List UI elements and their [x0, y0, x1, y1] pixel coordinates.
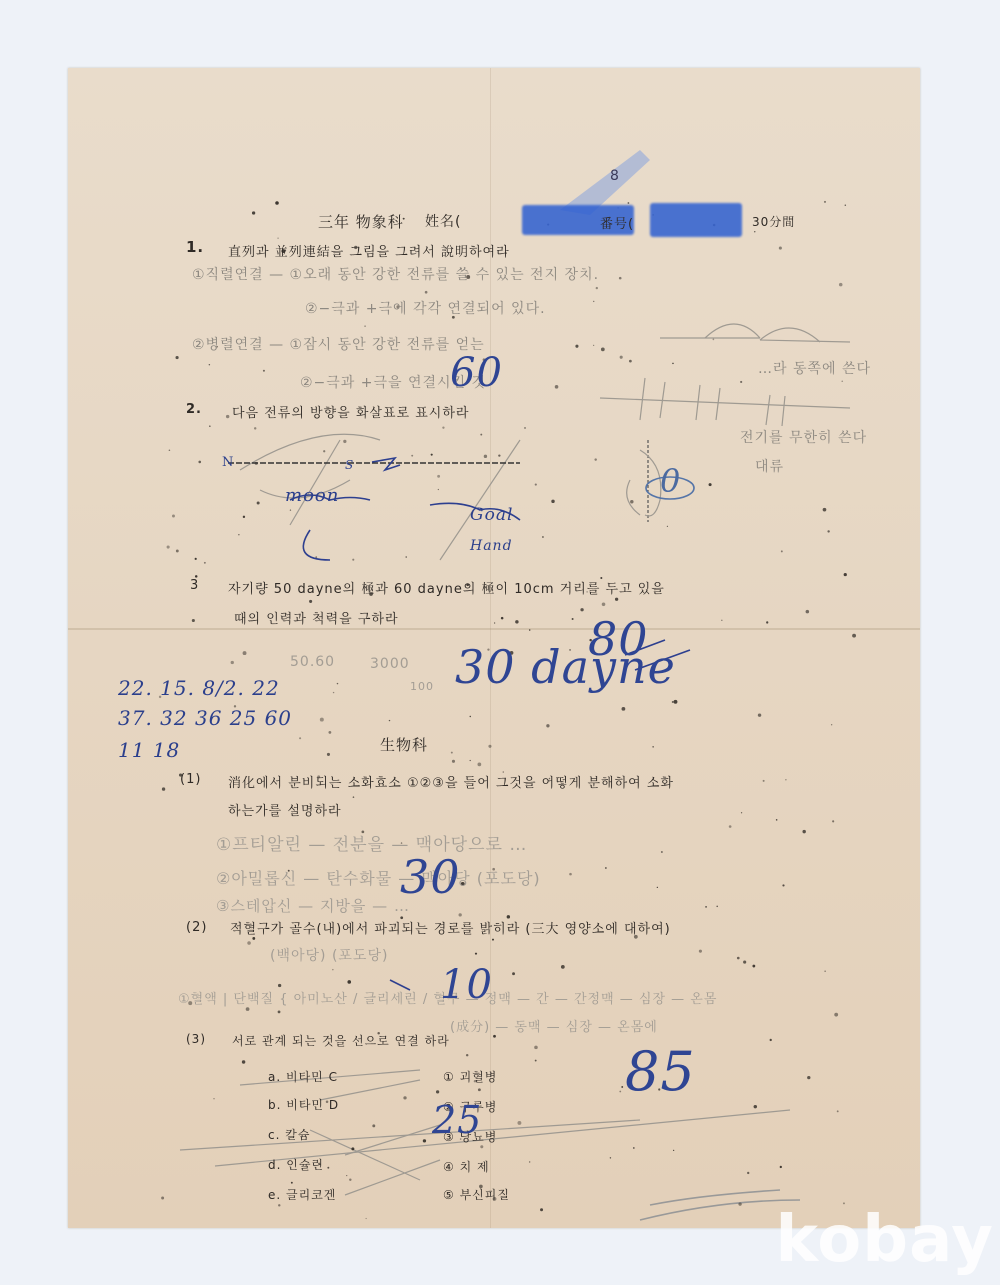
- bio-q3-prompt: 서로 관계 되는 것을 선으로 연결 하라: [232, 1032, 450, 1049]
- bio-q2-number: (2): [186, 920, 207, 935]
- match-left-b: b. 비타민 D: [268, 1096, 339, 1113]
- q1-answer-3: ②병렬연결 — ①잠시 동안 강한 전류를 얻는: [192, 334, 485, 354]
- bio-q3-grade: 25: [432, 1098, 482, 1142]
- biology-total-grade: 85: [625, 1040, 696, 1103]
- margin-scores-line3: 11 18: [118, 738, 180, 762]
- bio-q2-answer-3: (成分) — 동맥 — 심장 — 온몸에: [450, 1016, 658, 1035]
- bio-q2-answer-1: (백아당) (포도당): [270, 945, 388, 965]
- top-mark: 8: [610, 168, 620, 184]
- q1-grade: 60: [450, 350, 503, 396]
- q2-label-n: N: [222, 455, 234, 470]
- watermark-logo: kobay: [775, 1203, 994, 1277]
- q1-prompt: 直列과 並列連結을 그림을 그려서 說明하여라: [228, 241, 510, 260]
- q2-grade: 0: [660, 462, 681, 500]
- q1-answer-2: ②−극과 +극에 각각 연결되어 있다.: [305, 298, 546, 318]
- bio-q1-answer-1: ①프티알린 — 전분을 — 맥아당으로 …: [216, 830, 527, 855]
- q1-side-note-3: 대류: [755, 456, 784, 476]
- q1-answer-1: ①직렬연결 — ①오래 동안 강한 전류를 쓸 수 있는 전지 장치.: [192, 264, 599, 284]
- q2-number: 2.: [186, 402, 202, 417]
- biology-section-title: 生物科: [380, 734, 428, 755]
- margin-scores-line2: 37. 32 36 25 60: [118, 706, 292, 730]
- match-left-d: d. 인슐린: [268, 1156, 324, 1173]
- bio-q1-answer-2: ②아밀롭신 — 탄수화물 — 맥아당 (포도당): [216, 866, 541, 889]
- q3-number: 3: [190, 578, 199, 593]
- exam-title: 三年 物象科: [318, 211, 404, 232]
- number-label: 番号(: [600, 213, 634, 232]
- q2-label-hand: Hand: [470, 538, 513, 554]
- q3-work-2: 3000: [370, 656, 410, 672]
- q3-grade: 80: [588, 612, 649, 666]
- q2-prompt: 다음 전류의 방향을 화살표로 표시하라: [232, 402, 469, 421]
- bio-q1-prompt-line2: 하는가를 설명하라: [228, 800, 342, 819]
- q1-number: 1.: [186, 238, 204, 256]
- q3-work-3: 100: [410, 680, 434, 693]
- q2-label-moon: moon: [285, 485, 339, 506]
- margin-scores-line1: 22. 15. 8/2. 22: [118, 676, 280, 700]
- q1-side-note-2: 전기를 무한히 쓴다: [740, 427, 867, 447]
- bio-q2-prompt: 적혈구가 골수(내)에서 파괴되는 경로를 밝히라 (三大 영양소에 대하여): [230, 918, 671, 937]
- name-label: 姓名(: [425, 211, 461, 231]
- match-right-1: ① 괴혈병: [443, 1068, 497, 1085]
- q2-label-goal: Goal: [470, 505, 513, 525]
- q2-label-s: S: [345, 458, 354, 472]
- q3-prompt-line1: 자기량 50 dayne의 極과 60 dayne의 極이 10cm 거리를 두…: [228, 578, 665, 597]
- bio-q1-prompt-line1: 消化에서 분비되는 소화효소 ①②③을 들어 그것을 어떻게 분해하여 소화: [228, 772, 674, 791]
- q1-side-note-1: …라 동쪽에 쓴다: [758, 358, 871, 378]
- bio-q2-grade: 10: [440, 962, 493, 1008]
- bio-q1-grade: 30: [400, 850, 461, 904]
- redaction-number: [650, 203, 742, 237]
- bio-q3-number: (3): [186, 1032, 206, 1046]
- match-left-a: a. 비타민 C: [268, 1068, 338, 1085]
- match-left-c: c. 칼슘: [268, 1126, 310, 1143]
- q3-prompt-line2: 때의 인력과 척력을 구하라: [234, 608, 399, 627]
- time-label: 30分間: [752, 213, 795, 230]
- q3-work-1: 50.60: [290, 654, 335, 670]
- bio-q1-answer-3: ③스테압신 — 지방을 — …: [216, 895, 410, 916]
- match-right-5: ⑤ 부신피질: [443, 1186, 510, 1203]
- match-left-e: e. 글리코겐: [268, 1186, 336, 1203]
- bio-q1-number: (1): [180, 772, 201, 787]
- match-right-4: ④ 치 제: [443, 1158, 490, 1175]
